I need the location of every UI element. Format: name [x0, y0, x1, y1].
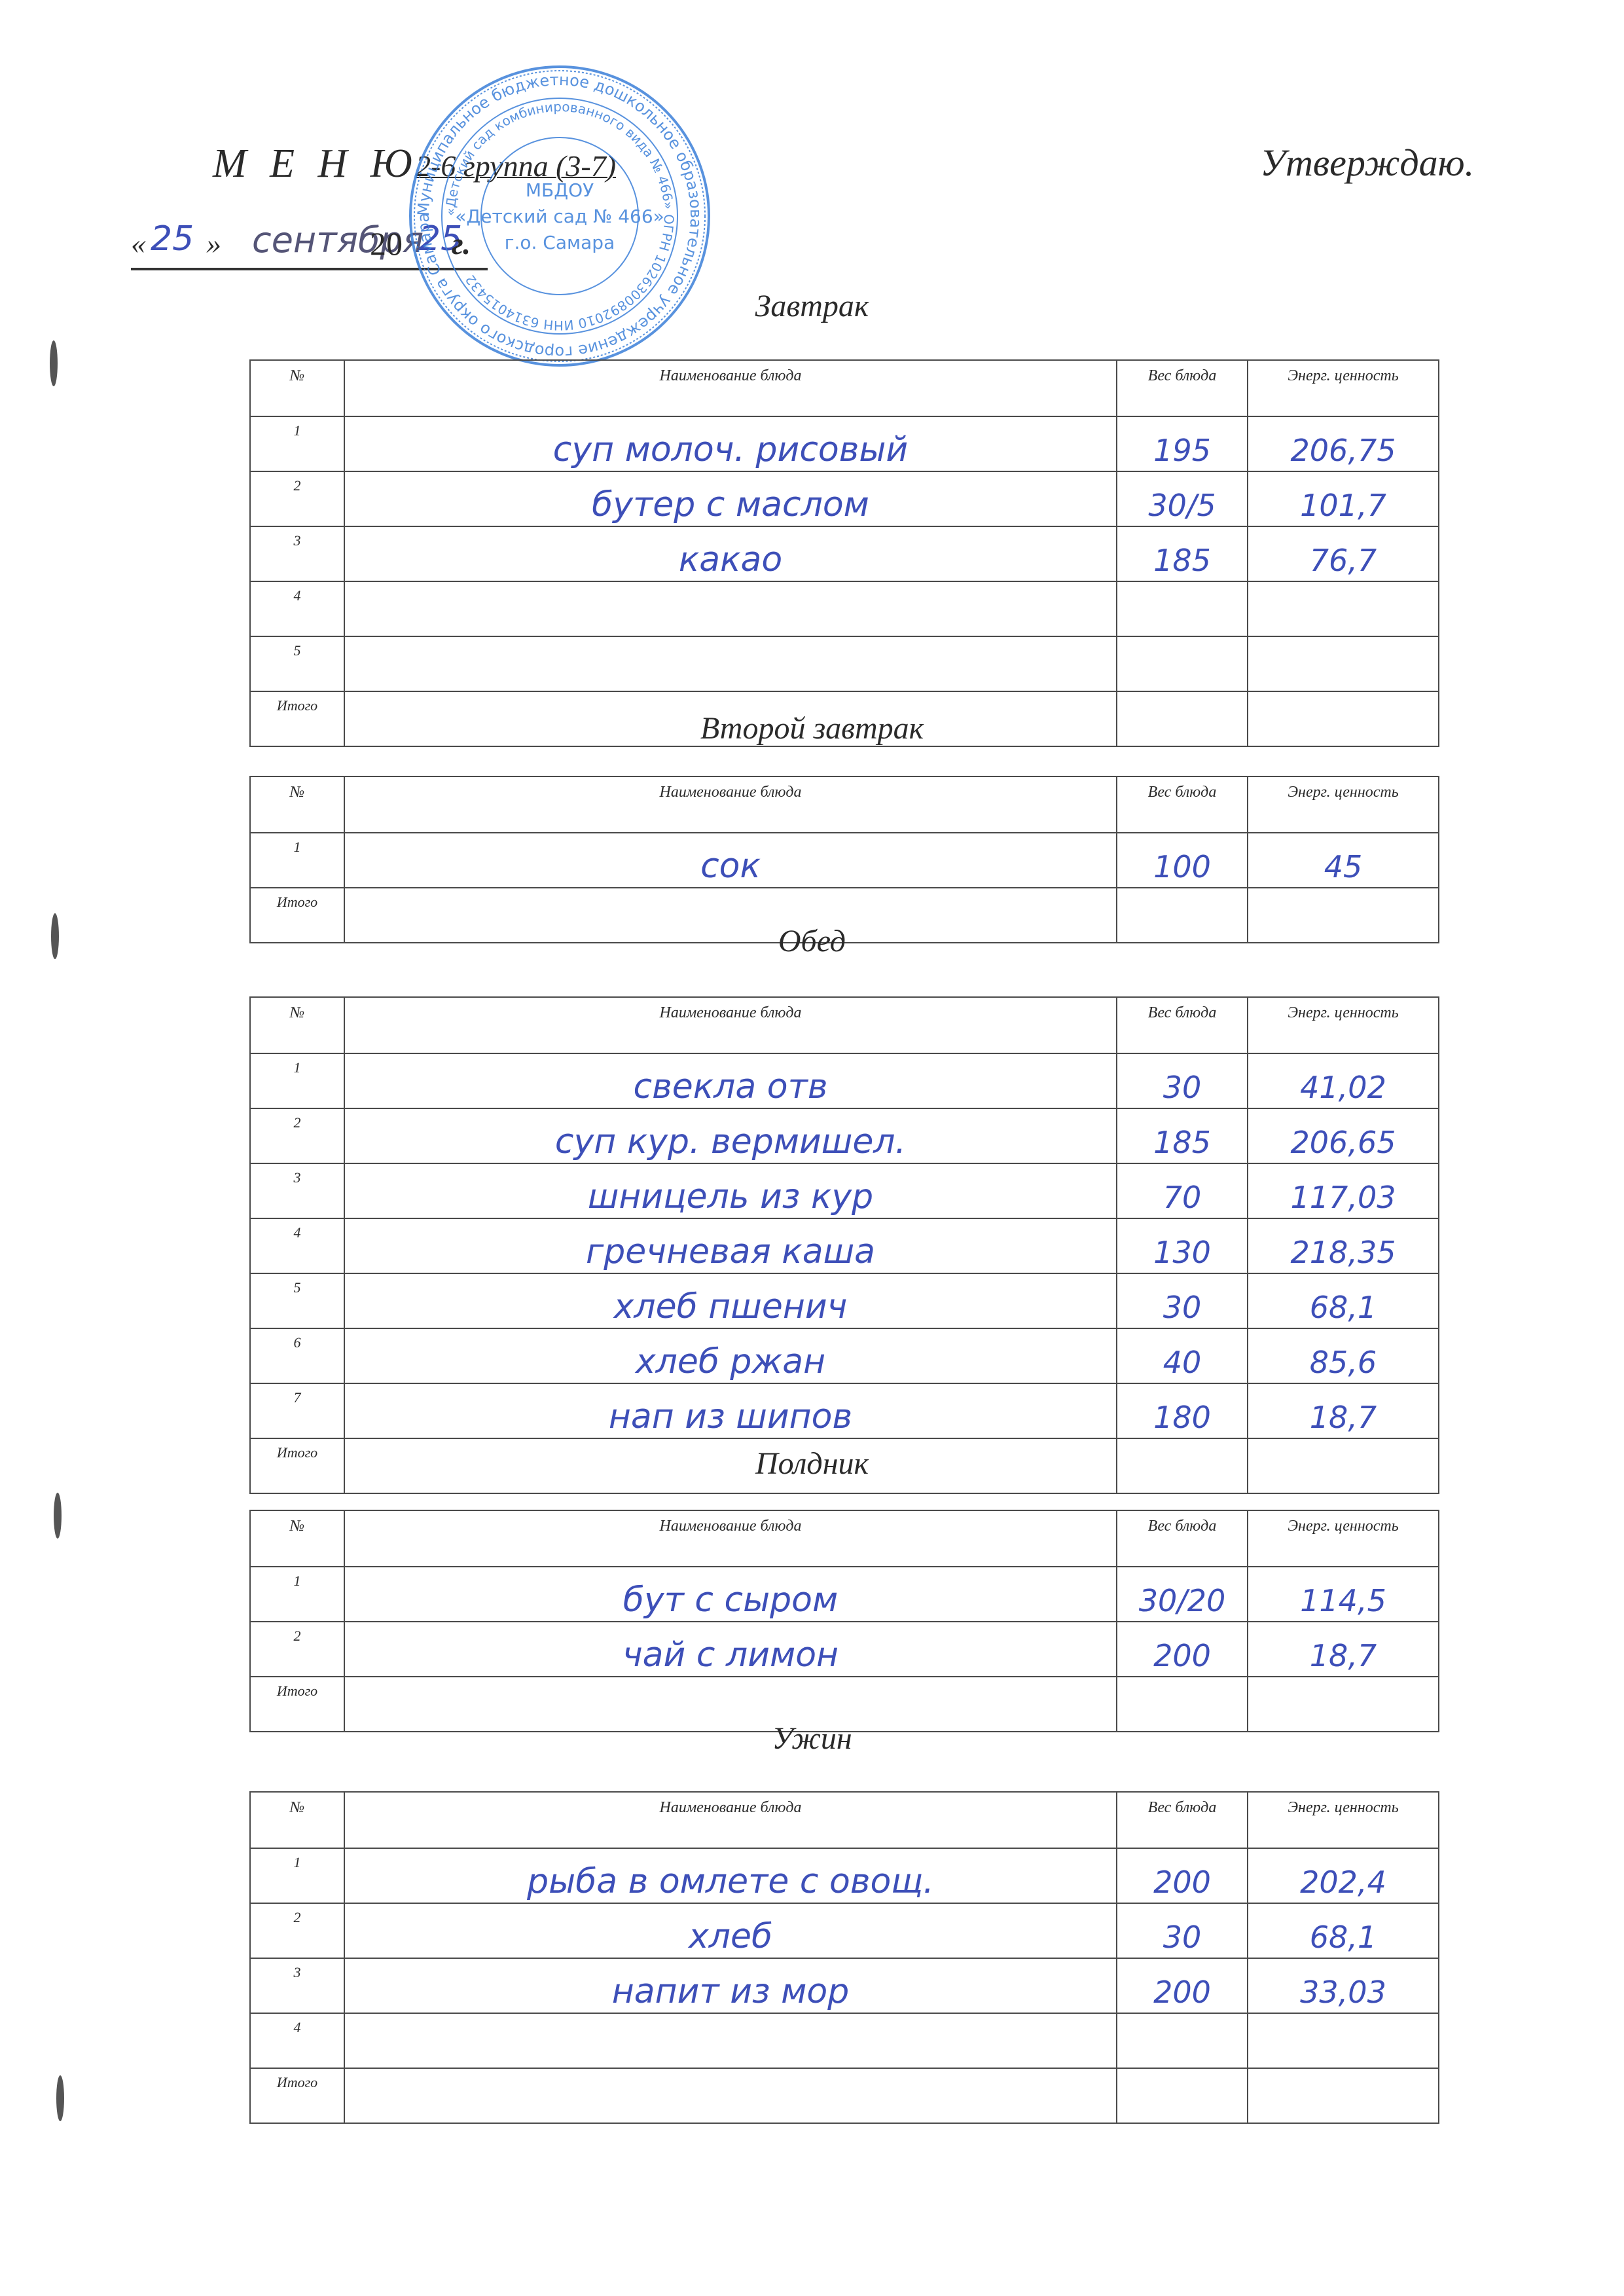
dish-name: бут с сыром: [345, 1580, 1116, 1620]
dish-name-cell[interactable]: хлеб пшенич: [344, 1273, 1117, 1328]
dish-name: хлеб пшенич: [345, 1287, 1116, 1326]
punch-hole-mark: [51, 913, 59, 959]
dish-weight-cell[interactable]: 200: [1117, 1958, 1248, 2013]
dish-energy: 101,7: [1248, 488, 1438, 523]
header-name: Наименование блюда: [344, 360, 1117, 416]
table-row: 1бут с сыром30/20114,5: [250, 1567, 1439, 1622]
dish-weight: 30: [1117, 1070, 1247, 1105]
date-close-quote: »: [206, 226, 221, 261]
dish-energy: 202,4: [1248, 1865, 1438, 1900]
dish-weight-cell[interactable]: [1117, 581, 1248, 636]
row-number: 1: [250, 1567, 344, 1622]
dish-weight: 185: [1117, 1125, 1247, 1160]
dish-weight-cell[interactable]: 30: [1117, 1053, 1248, 1108]
table-row: 3шницель из кур70117,03: [250, 1163, 1439, 1218]
dish-name-cell[interactable]: чай с лимон: [344, 1622, 1117, 1677]
dish-name-cell[interactable]: хлеб: [344, 1903, 1117, 1958]
dish-weight-cell[interactable]: 130: [1117, 1218, 1248, 1273]
row-number: 4: [250, 1218, 344, 1273]
dish-name: гречневая каша: [345, 1232, 1116, 1271]
row-number: 3: [250, 526, 344, 581]
dish-weight: 180: [1117, 1400, 1247, 1435]
dish-weight-cell[interactable]: 195: [1117, 416, 1248, 471]
row-number: 6: [250, 1328, 344, 1383]
menu-table: №Наименование блюдаВес блюдаЭнерг. ценно…: [249, 776, 1439, 943]
dish-energy: 114,5: [1248, 1583, 1438, 1618]
table-row: 1суп молоч. рисовый195206,75: [250, 416, 1439, 471]
dish-energy-cell[interactable]: 45: [1248, 833, 1439, 888]
total-label: Итого: [250, 2068, 344, 2123]
table-row: 2чай с лимон20018,7: [250, 1622, 1439, 1677]
dish-weight: 200: [1117, 1865, 1247, 1900]
table-header-row: №Наименование блюдаВес блюдаЭнерг. ценно…: [250, 1792, 1439, 1848]
table-header-row: №Наименование блюдаВес блюдаЭнерг. ценно…: [250, 997, 1439, 1053]
menu-title: М Е Н Ю: [213, 141, 419, 187]
header-name: Наименование блюда: [344, 776, 1117, 833]
menu-table: №Наименование блюдаВес блюдаЭнерг. ценно…: [249, 1791, 1439, 2124]
dish-weight-cell[interactable]: 180: [1117, 1383, 1248, 1438]
dish-energy-cell[interactable]: 33,03: [1248, 1958, 1439, 2013]
dish-name: суп кур. вермишел.: [345, 1122, 1116, 1161]
dish-name-cell[interactable]: суп молоч. рисовый: [344, 416, 1117, 471]
dish-name-cell[interactable]: суп кур. вермишел.: [344, 1108, 1117, 1163]
dish-energy-cell[interactable]: [1248, 2013, 1439, 2068]
dish-weight: 70: [1117, 1180, 1247, 1215]
dish-weight-cell[interactable]: 30/20: [1117, 1567, 1248, 1622]
row-number: 1: [250, 1848, 344, 1903]
dish-weight: 130: [1117, 1235, 1247, 1270]
dish-energy: 206,75: [1248, 433, 1438, 468]
table-row: 2бутер с маслом30/5101,7: [250, 471, 1439, 526]
header-num: №: [250, 1510, 344, 1567]
row-number: 2: [250, 1108, 344, 1163]
section-title: Ужин: [0, 1721, 1624, 1757]
dish-energy: 117,03: [1248, 1180, 1438, 1215]
dish-energy-cell[interactable]: [1248, 636, 1439, 691]
dish-weight-cell[interactable]: 30: [1117, 1903, 1248, 1958]
dish-energy-cell[interactable]: 76,7: [1248, 526, 1439, 581]
row-number: 7: [250, 1383, 344, 1438]
dish-energy-cell[interactable]: 114,5: [1248, 1567, 1439, 1622]
dish-energy: 33,03: [1248, 1975, 1438, 2010]
dish-weight-cell[interactable]: [1117, 2013, 1248, 2068]
header-num: №: [250, 1792, 344, 1848]
dish-weight-cell[interactable]: 200: [1117, 1848, 1248, 1903]
header-energy: Энерг. ценность: [1248, 1510, 1439, 1567]
header-energy: Энерг. ценность: [1248, 1792, 1439, 1848]
dish-name-cell[interactable]: сок: [344, 833, 1117, 888]
dish-name: хлеб ржан: [345, 1342, 1116, 1381]
header-num: №: [250, 997, 344, 1053]
menu-table: №Наименование блюдаВес блюдаЭнерг. ценно…: [249, 359, 1439, 747]
row-number: 1: [250, 833, 344, 888]
table-header-row: №Наименование блюдаВес блюдаЭнерг. ценно…: [250, 1510, 1439, 1567]
header-weight: Вес блюда: [1117, 1510, 1248, 1567]
dish-energy: 45: [1248, 849, 1438, 884]
header-weight: Вес блюда: [1117, 1792, 1248, 1848]
header-num: №: [250, 360, 344, 416]
dish-energy-cell[interactable]: 41,02: [1248, 1053, 1439, 1108]
dish-name-cell[interactable]: бут с сыром: [344, 1567, 1117, 1622]
dish-energy-cell[interactable]: [1248, 581, 1439, 636]
header-weight: Вес блюда: [1117, 360, 1248, 416]
dish-weight-cell[interactable]: 40: [1117, 1328, 1248, 1383]
dish-name-cell[interactable]: [344, 581, 1117, 636]
dish-name: хлеб: [345, 1917, 1116, 1956]
dish-energy-cell[interactable]: 68,1: [1248, 1903, 1439, 1958]
table-row: 4: [250, 2013, 1439, 2068]
dish-weight: 200: [1117, 1975, 1247, 2010]
row-number: 2: [250, 1622, 344, 1677]
dish-name: какао: [345, 540, 1116, 579]
menu-table: №Наименование блюдаВес блюдаЭнерг. ценно…: [249, 996, 1439, 1494]
dish-weight-cell[interactable]: 185: [1117, 526, 1248, 581]
header-name: Наименование блюда: [344, 1792, 1117, 1848]
dish-energy: 18,7: [1248, 1400, 1438, 1435]
dish-name: рыба в омлете с овощ.: [345, 1862, 1116, 1901]
dish-weight: 30/20: [1117, 1583, 1247, 1618]
dish-energy-cell[interactable]: 206,65: [1248, 1108, 1439, 1163]
dish-name: чай с лимон: [345, 1635, 1116, 1675]
dish-weight: 30: [1117, 1920, 1247, 1955]
table-row: 4гречневая каша130218,35: [250, 1218, 1439, 1273]
menu-date: « 25 » сентября 20 25 г.: [131, 219, 488, 270]
dish-energy-cell[interactable]: 18,7: [1248, 1383, 1439, 1438]
dish-weight-cell[interactable]: 200: [1117, 1622, 1248, 1677]
dish-weight: 40: [1117, 1345, 1247, 1380]
section-title: Обед: [0, 923, 1624, 959]
table-header-row: №Наименование блюдаВес блюдаЭнерг. ценно…: [250, 776, 1439, 833]
punch-hole-mark: [54, 1493, 62, 1539]
dish-name-cell[interactable]: [344, 636, 1117, 691]
row-number: 2: [250, 1903, 344, 1958]
dish-name-cell[interactable]: шницель из кур: [344, 1163, 1117, 1218]
dish-name-cell[interactable]: свекла отв: [344, 1053, 1117, 1108]
dish-energy: 85,6: [1248, 1345, 1438, 1380]
date-year-prefix: 20: [370, 225, 403, 263]
header-energy: Энерг. ценность: [1248, 360, 1439, 416]
dish-energy: 206,65: [1248, 1125, 1438, 1160]
dish-name-cell[interactable]: рыба в омлете с овощ.: [344, 1848, 1117, 1903]
table-row: 4: [250, 581, 1439, 636]
dish-energy-cell[interactable]: 202,4: [1248, 1848, 1439, 1903]
dish-energy: 68,1: [1248, 1290, 1438, 1325]
row-number: 5: [250, 1273, 344, 1328]
header-energy: Энерг. ценность: [1248, 997, 1439, 1053]
dish-energy-cell[interactable]: 85,6: [1248, 1328, 1439, 1383]
table-row: 1свекла отв3041,02: [250, 1053, 1439, 1108]
dish-weight-cell[interactable]: 30: [1117, 1273, 1248, 1328]
row-number: 1: [250, 1053, 344, 1108]
group-label: 2-6 группа (3-7): [416, 149, 616, 183]
menu-table: №Наименование блюдаВес блюдаЭнерг. ценно…: [249, 1510, 1439, 1732]
dish-energy-cell[interactable]: 117,03: [1248, 1163, 1439, 1218]
dish-name-cell[interactable]: гречневая каша: [344, 1218, 1117, 1273]
row-number: 4: [250, 581, 344, 636]
total-row: Итого: [250, 2068, 1439, 2123]
dish-name: суп молоч. рисовый: [345, 430, 1116, 469]
dish-energy-cell[interactable]: 206,75: [1248, 416, 1439, 471]
approve-label: Утверждаю.: [1260, 141, 1474, 185]
row-number: 3: [250, 1958, 344, 2013]
dish-weight-cell[interactable]: 100: [1117, 833, 1248, 888]
dish-name-cell[interactable]: нап из шипов: [344, 1383, 1117, 1438]
header-num: №: [250, 776, 344, 833]
dish-name: бутер с маслом: [345, 485, 1116, 524]
dish-weight: 100: [1117, 849, 1247, 884]
row-number: 3: [250, 1163, 344, 1218]
table-row: 5: [250, 636, 1439, 691]
table-row: 3какао18576,7: [250, 526, 1439, 581]
dish-energy-cell[interactable]: 101,7: [1248, 471, 1439, 526]
table-row: 1сок10045: [250, 833, 1439, 888]
header-name: Наименование блюда: [344, 997, 1117, 1053]
dish-weight: 195: [1117, 433, 1247, 468]
table-header-row: №Наименование блюдаВес блюдаЭнерг. ценно…: [250, 360, 1439, 416]
dish-weight: 200: [1117, 1638, 1247, 1673]
dish-weight: 185: [1117, 543, 1247, 578]
dish-weight: 30: [1117, 1290, 1247, 1325]
dish-name-cell[interactable]: [344, 2013, 1117, 2068]
header-energy: Энерг. ценность: [1248, 776, 1439, 833]
dish-name: нап из шипов: [345, 1397, 1116, 1436]
dish-name: свекла отв: [345, 1067, 1116, 1106]
dish-energy: 218,35: [1248, 1235, 1438, 1270]
dish-energy-cell[interactable]: 18,7: [1248, 1622, 1439, 1677]
total-name-cell[interactable]: [344, 2068, 1117, 2123]
section-title: Второй завтрак: [0, 710, 1624, 746]
table-row: 2хлеб3068,1: [250, 1903, 1439, 1958]
date-day: 25: [151, 219, 194, 259]
dish-weight-cell[interactable]: 70: [1117, 1163, 1248, 1218]
dish-weight-cell[interactable]: 185: [1117, 1108, 1248, 1163]
table-row: 5хлеб пшенич3068,1: [250, 1273, 1439, 1328]
dish-energy-cell[interactable]: 68,1: [1248, 1273, 1439, 1328]
row-number: 5: [250, 636, 344, 691]
table-row: 3напит из мор20033,03: [250, 1958, 1439, 2013]
dish-energy: 18,7: [1248, 1638, 1438, 1673]
dish-name-cell[interactable]: напит из мор: [344, 1958, 1117, 2013]
punch-hole-mark: [50, 340, 58, 386]
dish-energy: 68,1: [1248, 1920, 1438, 1955]
dish-name: напит из мор: [345, 1972, 1116, 2011]
dish-weight-cell[interactable]: [1117, 636, 1248, 691]
date-year-unit: г.: [452, 226, 471, 262]
dish-weight: 30/5: [1117, 488, 1247, 523]
dish-weight-cell[interactable]: 30/5: [1117, 471, 1248, 526]
section-title: Полдник: [0, 1446, 1624, 1482]
dish-name: сок: [345, 847, 1116, 886]
dish-energy: 76,7: [1248, 543, 1438, 578]
table-row: 2суп кур. вермишел.185206,65: [250, 1108, 1439, 1163]
section-title: Завтрак: [0, 288, 1624, 324]
punch-hole-mark: [56, 2075, 64, 2121]
header-weight: Вес блюда: [1117, 997, 1248, 1053]
row-number: 4: [250, 2013, 344, 2068]
dish-name-cell[interactable]: хлеб ржан: [344, 1328, 1117, 1383]
header-name: Наименование блюда: [344, 1510, 1117, 1567]
dish-name: шницель из кур: [345, 1177, 1116, 1216]
dish-name-cell[interactable]: бутер с маслом: [344, 471, 1117, 526]
dish-energy: 41,02: [1248, 1070, 1438, 1105]
date-open-quote: «: [131, 226, 146, 261]
header-weight: Вес блюда: [1117, 776, 1248, 833]
row-number: 2: [250, 471, 344, 526]
total-energy-cell[interactable]: [1248, 2068, 1439, 2123]
stamp-center-line3: г.о. Самара: [505, 232, 615, 253]
dish-energy-cell[interactable]: 218,35: [1248, 1218, 1439, 1273]
total-weight-cell[interactable]: [1117, 2068, 1248, 2123]
dish-name-cell[interactable]: какао: [344, 526, 1117, 581]
table-row: 7нап из шипов18018,7: [250, 1383, 1439, 1438]
table-row: 1рыба в омлете с овощ.200202,4: [250, 1848, 1439, 1903]
row-number: 1: [250, 416, 344, 471]
table-row: 6хлеб ржан4085,6: [250, 1328, 1439, 1383]
